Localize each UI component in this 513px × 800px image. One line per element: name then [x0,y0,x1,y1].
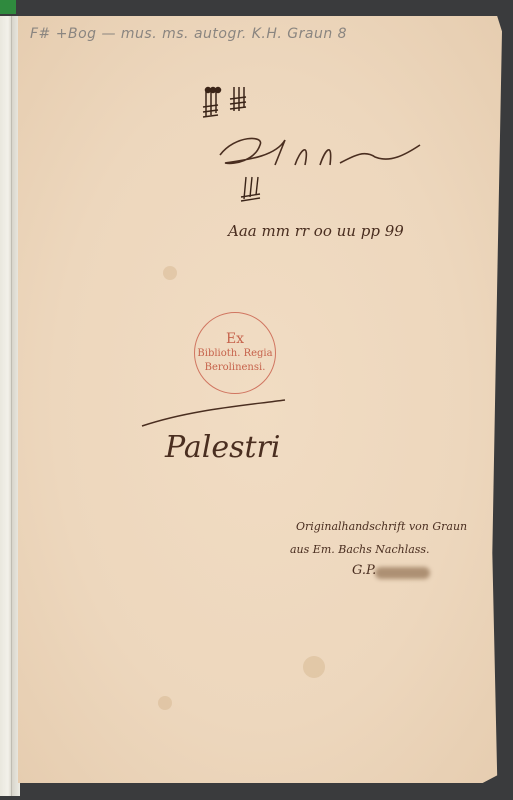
stain [163,266,177,280]
stamp-line: Ex [195,331,275,347]
library-stamp: Ex Biblioth. Regia Berolinensi. [194,312,276,394]
pen-stroke [140,398,290,428]
signature-palestri: Palestri [165,430,280,465]
calligraphy-alle [215,125,425,175]
attribution-line: aus Em. Bachs Nachlass. [290,543,430,556]
music-notes-icon [240,175,270,205]
stain [158,696,172,710]
pencil-shelfmark: F# +Bog — mus. ms. autogr. K.H. Graun 8 [30,26,347,42]
stamp-line: Biblioth. Regia [195,347,275,361]
ink-smudge [375,567,430,579]
attribution-initials: G.P. [352,563,376,578]
music-notes-icon [200,85,250,125]
stamp-line: Berolinensi. [195,361,275,375]
stain [303,656,325,678]
attribution-line: Originalhandschrift von Graun [296,520,467,533]
book-binding [0,16,20,796]
calligraphy-practice-line: Aaa mm rr oo uu pp 99 [228,222,404,240]
color-tab [0,0,16,14]
binding-fold [11,16,12,796]
